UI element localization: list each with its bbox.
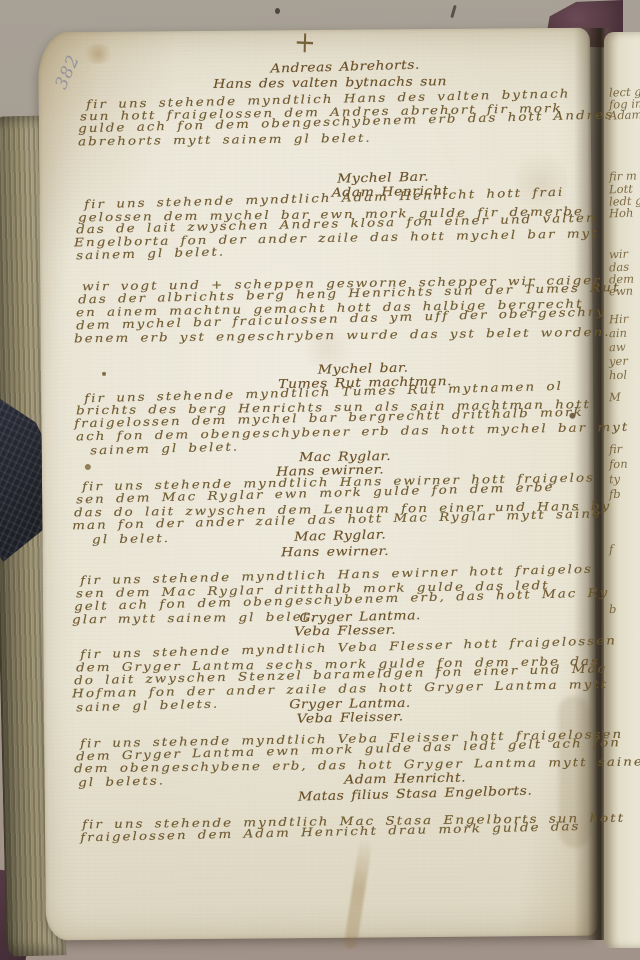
paper-texture (38, 28, 598, 941)
facing-page-text-fragment: M (609, 390, 621, 404)
facing-page-text-fragment: ty (609, 472, 621, 486)
facing-page-text-fragment: Adam (609, 107, 640, 122)
facing-page-sliver: lect gfog inAdamfir mLottledt gHohwirdas… (604, 32, 640, 948)
facing-page-text-fragment: Hoh (609, 206, 634, 221)
stain (515, 146, 568, 220)
ink-speck (85, 464, 91, 470)
facing-page-text-fragment: b (609, 602, 617, 616)
manuscript-left-page (38, 28, 598, 941)
facing-page-text-fragment: fir (609, 442, 623, 456)
facing-page-text-fragment: fb (609, 487, 621, 501)
facing-page-text-fragment: fon (609, 457, 628, 472)
manuscript-photo: lect gfog inAdamfir mLottledt gHohwirdas… (0, 0, 640, 960)
table-speck (450, 5, 456, 18)
ink-speck (102, 372, 106, 376)
facing-page-text-fragment: yer (609, 354, 628, 369)
facing-page-text-fragment: hol (609, 368, 627, 383)
table-speck (275, 8, 280, 14)
facing-page-text-fragment: ain (609, 326, 627, 341)
facing-page-text-fragment: Hir (609, 312, 629, 327)
facing-page-text-fragment: f (609, 542, 614, 556)
facing-page-text-fragment: aw (609, 340, 626, 355)
facing-page-text-fragment: ewn (609, 284, 634, 299)
